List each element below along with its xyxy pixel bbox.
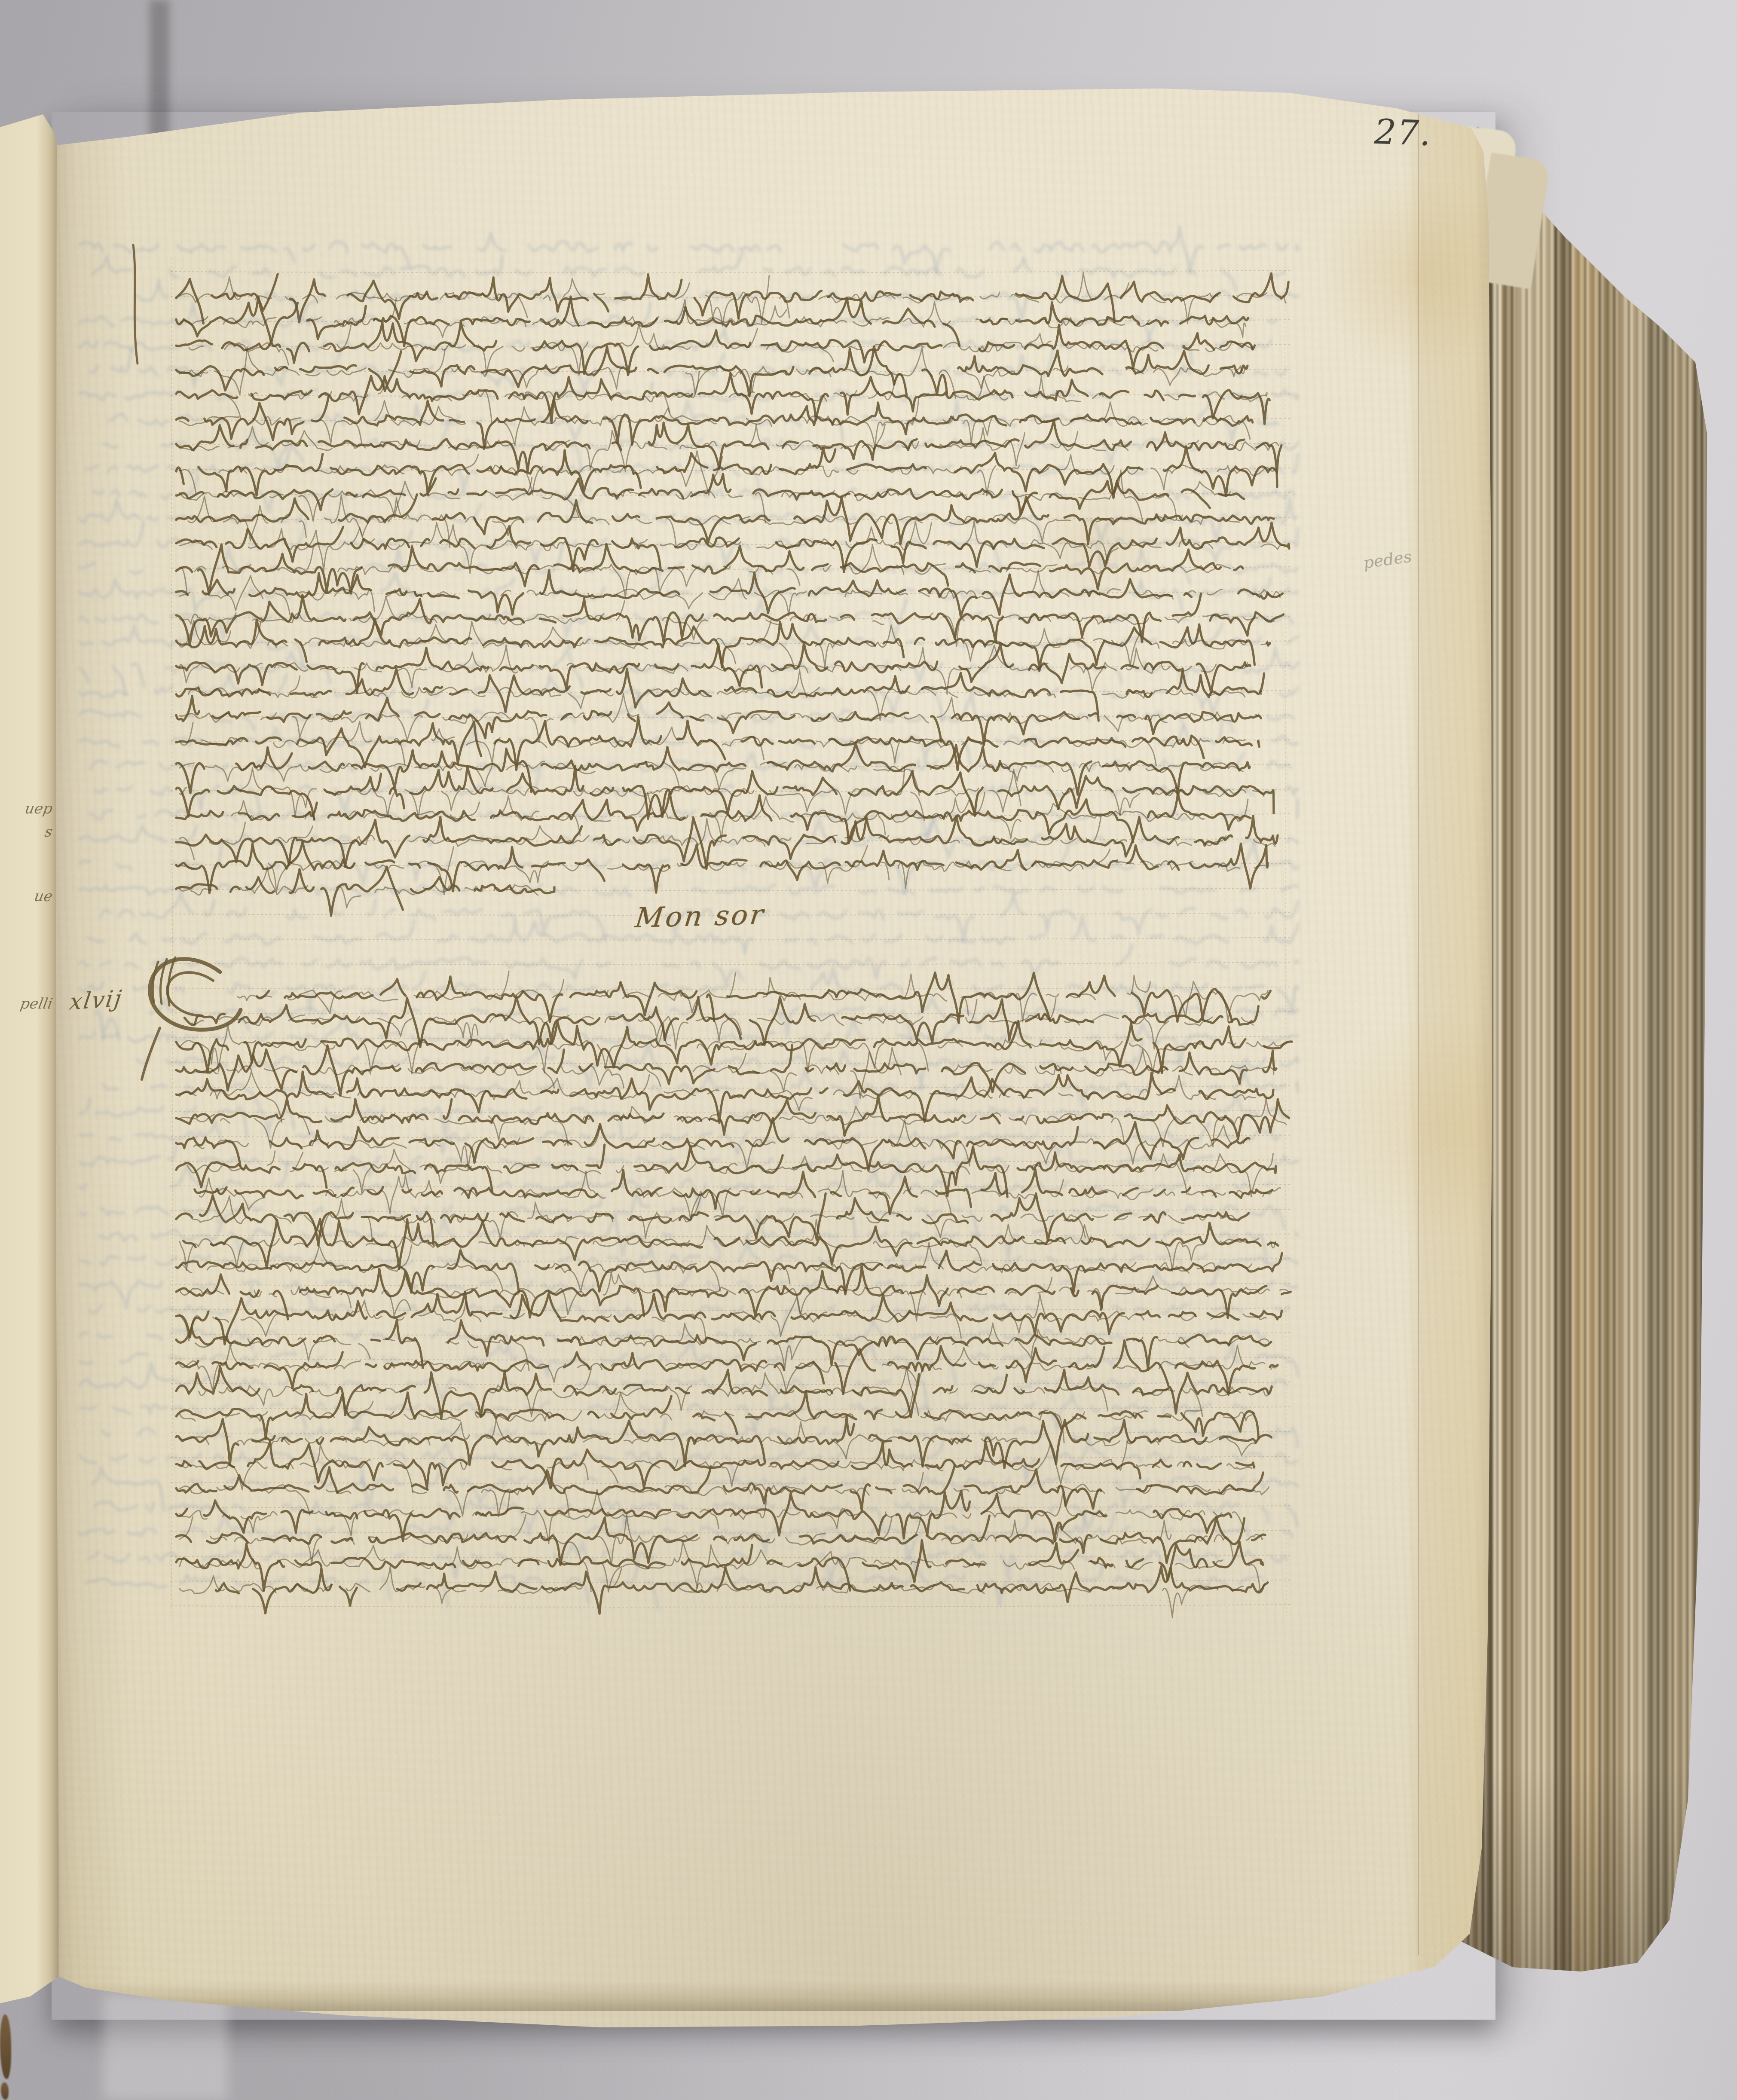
previous-leaf-edge: uep s ue pelli — [0, 114, 58, 2005]
left-margin-note: xlvij — [68, 985, 124, 1015]
ink-text-lines — [176, 272, 1292, 1617]
binding-fringe — [0, 2014, 11, 2079]
entry-heading: Mon sor — [633, 899, 767, 934]
photo-backdrop: uep s ue pelli 27. Mon sor xlvij pedes — [0, 0, 1737, 2100]
binding-fringe — [1, 2082, 9, 2100]
backdrop-light-band — [103, 1994, 228, 2100]
leaf-edge-text-fragment: pelli — [3, 995, 54, 1012]
folio-number: 27. — [1373, 112, 1432, 154]
leaf-edge-text-fragment: s — [3, 823, 54, 841]
page-crease — [1418, 107, 1419, 1955]
handwriting-layer — [0, 0, 1737, 2100]
manuscript-page: 27. Mon sor xlvij pedes — [0, 0, 1737, 2100]
leaf-edge-text-fragment: uep — [3, 800, 54, 817]
leaf-edge-text-fragment: ue — [3, 888, 54, 905]
